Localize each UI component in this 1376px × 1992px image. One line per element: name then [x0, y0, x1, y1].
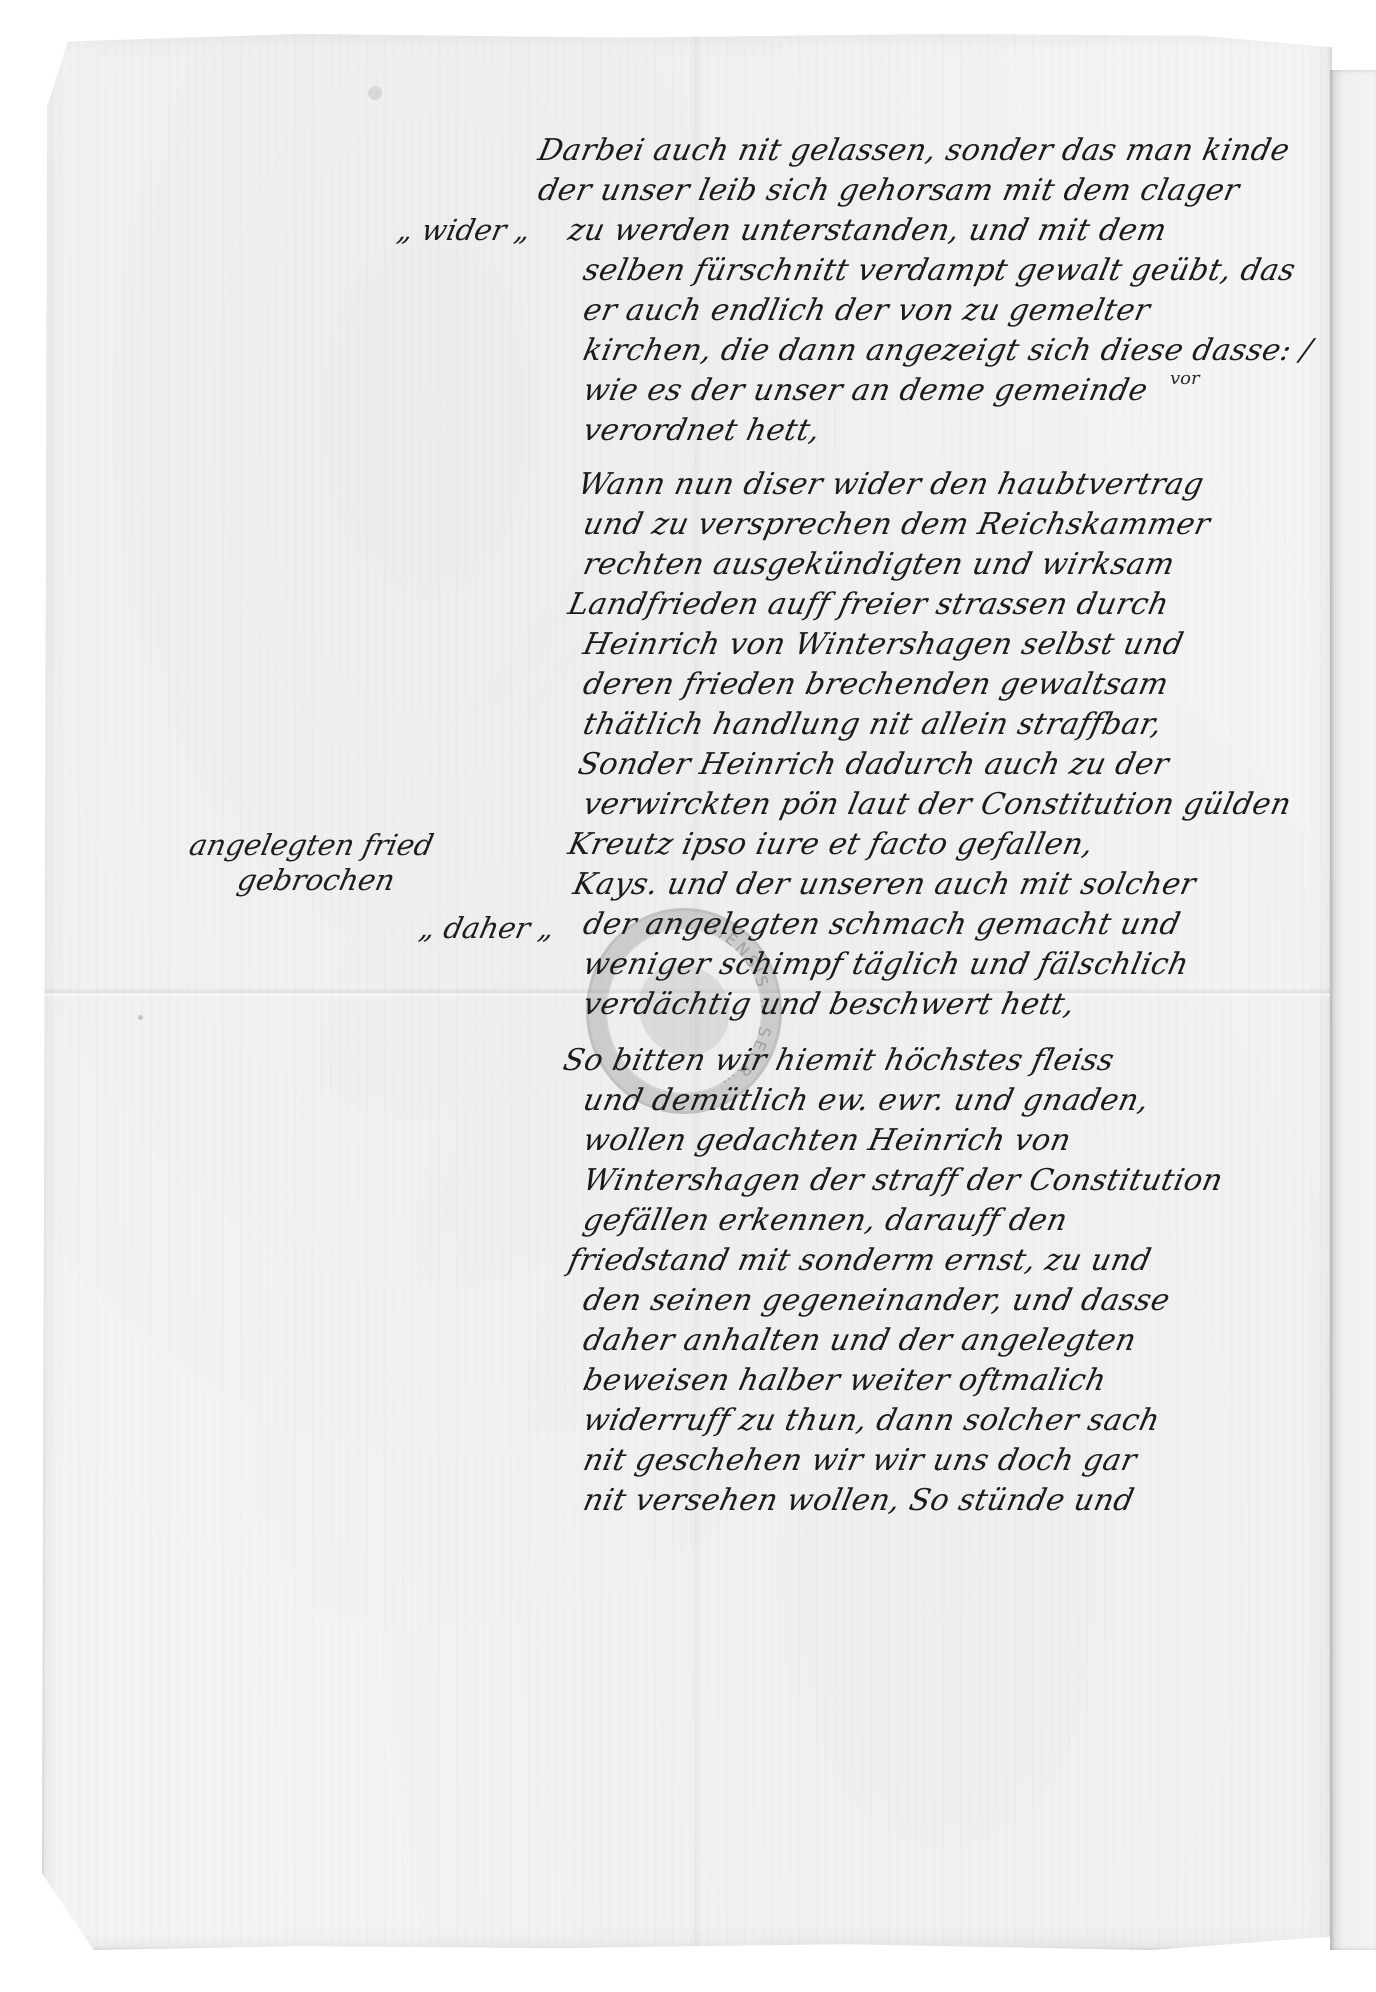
- manuscript-line: verwirckten pön laut der Constitution gü…: [580, 787, 1294, 822]
- manuscript-line: wollen gedachten Heinrich von: [580, 1123, 1074, 1158]
- manuscript-line: Landfrieden auff freier strassen durch: [565, 587, 1172, 622]
- manuscript-line: rechten ausgekündigten und wirksam: [580, 547, 1178, 582]
- manuscript-line: thätlich handlung nit allein straffbar,: [580, 707, 1165, 742]
- margin-note: angelegten fried: [186, 828, 436, 862]
- manuscript-line: friedstand mit sonderm ernst, zu und: [565, 1243, 1154, 1278]
- manuscript-line: widerruff zu thun, dann solcher sach: [580, 1403, 1163, 1438]
- manuscript-line: beweisen halber weiter oftmalich: [580, 1363, 1109, 1398]
- manuscript-line: nit versehen wollen, So stünde und: [580, 1483, 1137, 1518]
- manuscript-line: er auch endlich der von zu gemelter: [580, 293, 1153, 328]
- manuscript-line: deren frieden brechenden gewaltsam: [580, 667, 1172, 702]
- manuscript-line: Sonder Heinrich dadurch auch zu der: [575, 747, 1172, 782]
- manuscript-line: verordnet hett,: [580, 413, 823, 448]
- manuscript-line: der angelegten schmach gemacht und: [580, 907, 1184, 942]
- manuscript-line: zu werden unterstanden, und mit dem: [565, 213, 1170, 248]
- manuscript-line: Wintershagen der straff der Constitution: [580, 1163, 1226, 1198]
- manuscript-line: Wann nun diser wider den haubtvertrag: [575, 467, 1207, 502]
- manuscript-line: nit geschehen wir wir uns doch gar: [580, 1443, 1140, 1478]
- manuscript-line: Darbei auch nit gelassen, sonder das man…: [535, 133, 1293, 168]
- manuscript-line: und demütlich ew. ewr. und gnaden,: [580, 1083, 1152, 1118]
- interlinear-note: vor: [1170, 368, 1200, 389]
- scanned-page-background: …DIENSIS … SECR… Darbei auch nit gelasse…: [0, 0, 1376, 1992]
- margin-note: „ daher „: [416, 911, 557, 945]
- manuscript-line: weniger schimpf täglich und fälschlich: [580, 947, 1192, 982]
- manuscript-line: gefällen erkennen, darauff den: [580, 1203, 1071, 1238]
- manuscript-line: und zu versprechen dem Reichskammer: [580, 507, 1213, 542]
- manuscript-line: der unser leib sich gehorsam mit dem cla…: [535, 173, 1243, 208]
- manuscript-line: Kreutz ipso iure et facto gefallen,: [565, 827, 1097, 862]
- margin-note: gebrochen: [234, 863, 398, 897]
- manuscript-line: wie es der unser an deme gemeinde: [580, 373, 1151, 408]
- manuscript-line: verdächtig und beschwert hett,: [580, 987, 1078, 1022]
- manuscript-line: kirchen, die dann angezeigt sich diese d…: [580, 333, 1315, 368]
- margin-note: „ wider „: [394, 213, 533, 247]
- manuscript-line: Kays. und der unseren auch mit solcher: [570, 867, 1199, 902]
- manuscript-line: selben fürschnitt verdampt gewalt geübt,…: [580, 253, 1299, 288]
- manuscript-line: daher anhalten und der angelegten: [580, 1323, 1139, 1358]
- manuscript-line: den seinen gegeneinander, und dasse: [580, 1283, 1173, 1318]
- manuscript-line: Heinrich von Wintershagen selbst und: [580, 627, 1187, 662]
- manuscript-line: So bitten wir hiemit höchstes fleiss: [560, 1043, 1117, 1078]
- manuscript-text-area: Darbei auch nit gelassen, sonder das man…: [0, 0, 1376, 1992]
